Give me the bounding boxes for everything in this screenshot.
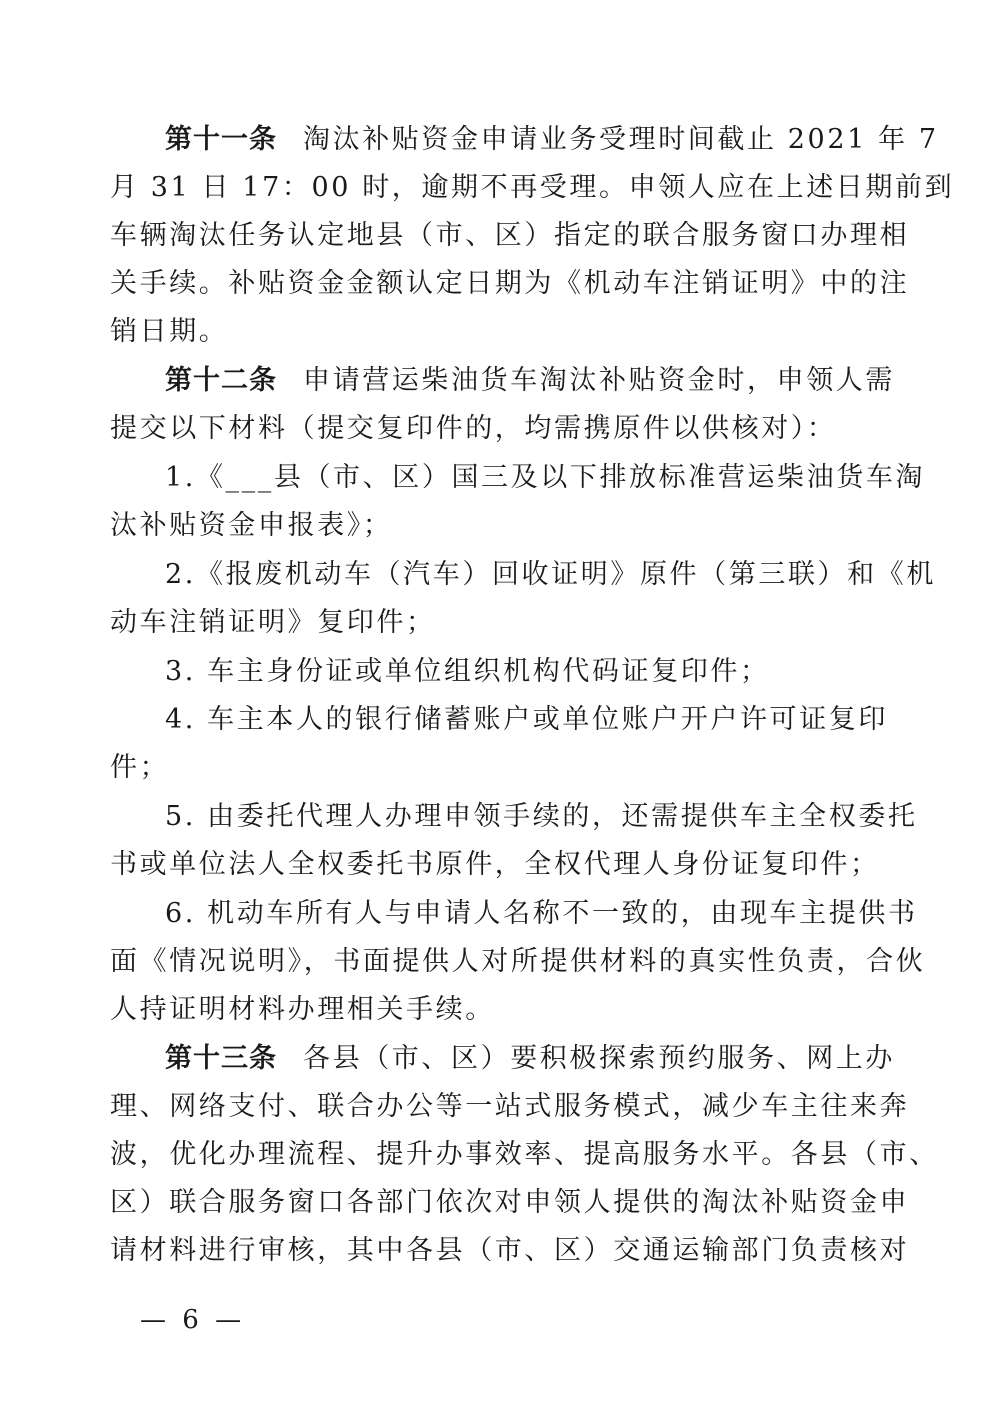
article-12-line-2: 提交以下材料（提交复印件的，均需携原件以供核对）： bbox=[110, 405, 837, 453]
article-13-line-4: 区）联合服务窗口各部门依次对申领人提供的淘汰补贴资金申 bbox=[110, 1179, 909, 1227]
item-4-line-1: 4. 车主本人的银行储蓄账户或单位账户开户许可证复印 bbox=[165, 696, 888, 744]
article-13-line-5: 请材料进行审核，其中各县（市、区）交通运输部门负责核对 bbox=[110, 1227, 909, 1275]
article-11-line-5: 销日期。 bbox=[110, 308, 228, 356]
item-4-line-2: 件； bbox=[110, 744, 169, 792]
article-12-heading: 第十二条 bbox=[165, 365, 277, 396]
article-11-line-3: 车辆淘汰任务认定地县（市、区）指定的联合服务窗口办理相 bbox=[110, 212, 909, 260]
item-2-line-2: 动车注销证明》复印件； bbox=[110, 599, 436, 647]
article-13-line-1: 第十三条各县（市、区）要积极探索预约服务、网上办 bbox=[165, 1035, 895, 1083]
article-11-line-2: 月 31 日 17：00 时，逾期不再受理。申领人应在上述日期前到 bbox=[110, 164, 954, 212]
item-1-line-1: 1.《___县（市、区）国三及以下排放标准营运柴油货车淘 bbox=[165, 454, 925, 502]
article-12-line-1: 第十二条申请营运柴油货车淘汰补贴资金时，申领人需 bbox=[165, 357, 895, 405]
item-6-line-3: 人持证明材料办理相关手续。 bbox=[110, 986, 495, 1034]
article-13-line-3: 波，优化办理流程、提升办事效率、提高服务水平。各县（市、 bbox=[110, 1131, 939, 1179]
article-11-line-1: 第十一条淘汰补贴资金申请业务受理时间截止 2021 年 7 bbox=[165, 116, 939, 164]
page-number: — 6 — bbox=[140, 1305, 245, 1335]
article-11-heading: 第十一条 bbox=[165, 124, 277, 155]
item-1-line-2: 汰补贴资金申报表》； bbox=[110, 502, 393, 550]
article-11-line-4: 关手续。补贴资金金额认定日期为《机动车注销证明》中的注 bbox=[110, 260, 909, 308]
item-5-line-2: 书或单位法人全权委托书原件，全权代理人身份证复印件； bbox=[110, 841, 880, 889]
article-13-heading: 第十三条 bbox=[165, 1043, 277, 1074]
item-5-line-1: 5. 由委托代理人办理申领手续的，还需提供车主全权委托 bbox=[165, 793, 918, 841]
item-3-line-1: 3. 车主身份证或单位组织机构代码证复印件； bbox=[165, 648, 770, 696]
article-13-line-2: 理、网络支付、联合办公等一站式服务模式，减少车主往来奔 bbox=[110, 1083, 909, 1131]
item-2-line-1: 2.《报废机动车（汽车）回收证明》原件（第三联）和《机 bbox=[165, 551, 936, 599]
item-6-line-2: 面《情况说明》，书面提供人对所提供材料的真实性负责，合伙 bbox=[110, 938, 925, 986]
item-6-line-1: 6. 机动车所有人与申请人名称不一致的，由现车主提供书 bbox=[165, 890, 918, 938]
